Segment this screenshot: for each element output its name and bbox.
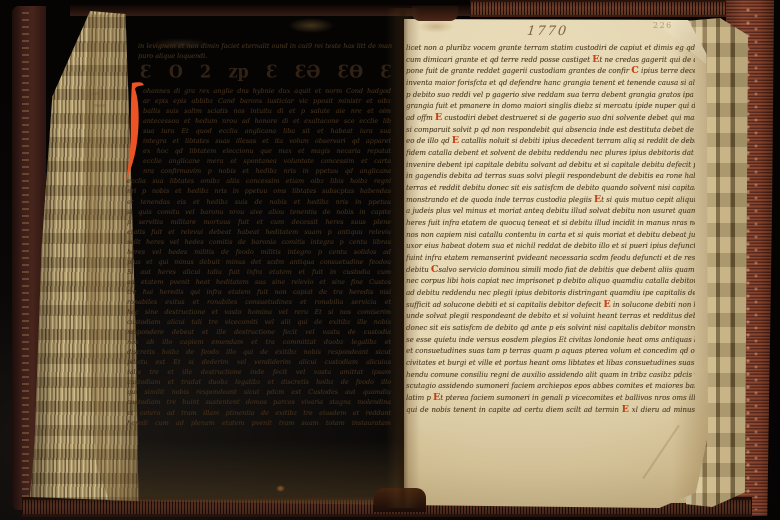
rubric-initial: C <box>631 65 639 76</box>
heading-glyph: ƐƏ <box>295 61 320 82</box>
manuscript-line: nri p nobis et hedibz nris in ppetuu oms… <box>127 186 391 196</box>
manuscript-line: inventa maior forisfcta et qd defendre h… <box>406 77 695 89</box>
manuscript-line: monstrando et de quoda inde terras custo… <box>406 194 695 206</box>
manuscript-line: tre hui heredis qui infra etatem fuit no… <box>127 287 391 297</box>
heading-glyph: Ɛ <box>380 61 392 82</box>
manuscript-line: p servitiu militare mortuus fuit et cum … <box>127 217 391 227</box>
manuscript-line: sufficit ad solucone debiti et si capita… <box>406 299 695 311</box>
folio-header-mark: 1770 <box>526 24 588 39</box>
manuscript-line: ohannes di gra rex anglie dns hybnie dux… <box>127 86 391 96</box>
heading-glyph: Ɛ <box>140 61 152 82</box>
manuscript-line: ecclia sua libtates omibz aliis concessi… <box>127 176 391 186</box>
manuscript-line: nec corpus libi hois capiat nec imprison… <box>406 275 695 287</box>
spine-top-notch <box>412 6 458 21</box>
manuscript-line: respondere debeat et ille destructione f… <box>127 327 391 337</box>
margin-note: more <box>94 104 106 109</box>
left-page-display-heading: ƐO2zpƐƐƏƐƟƐ <box>140 58 392 84</box>
manuscript-line: heres vel hedes militis de feodo militis… <box>127 247 391 257</box>
rubric-initial: E <box>603 299 610 310</box>
manuscript-line: civitates et burgi et ville et portus he… <box>406 357 695 369</box>
rubric-initial: E <box>452 135 459 146</box>
manuscript-line: nos ab illo capiem emendam et tra commit… <box>127 337 391 347</box>
left-page-bottom-shadow <box>80 439 405 509</box>
manuscript-line: grangia fuit et pmanere in domo maiori s… <box>406 100 695 112</box>
manuscript-line: hendu comune consiliu regni de auxilio a… <box>406 369 695 381</box>
manuscript-line: sua iura Et quod ecclia anglicana liba s… <box>127 126 391 136</box>
manuscript-line: pdictu est Et si dederim vel vendiderim … <box>127 357 391 367</box>
manuscript-line: cum dimicari grante et qd terre redd pos… <box>406 54 695 66</box>
manuscript-line: ex hoc qd libtatem eleccionu que max et … <box>127 146 391 156</box>
manuscript-line: et consuetudines suas tam p terras quam … <box>406 345 695 357</box>
manuscript-line: Si aut heres alicui taliu fuit infra eta… <box>127 267 391 277</box>
manuscript-line: discretis hoibz de feodo illo qui de exi… <box>127 347 391 357</box>
manuscript-line: pone fuit de grante reddet gagerii custo… <box>406 65 695 77</box>
manuscript-line: qui similit nobis respondeant sicut pdcm… <box>127 387 391 397</box>
manuscript-line: scutagio assidendo sumoneri faciem archi… <box>406 380 695 392</box>
margin-note: not <box>92 92 99 97</box>
manuscript-line: terras et reddit debitu donec sit eis sa… <box>406 182 695 194</box>
manuscript-line: uxor eius habeat dotem sua et nichil red… <box>406 240 695 252</box>
heading-glyph: 2 <box>200 61 211 82</box>
manuscript-line: ad debitu reddendu nec plegii ipius debi… <box>406 287 695 299</box>
manuscript-line: heres fuit infra etatem de quocuq teneat… <box>406 217 695 229</box>
manuscript-line: se esse quietu inde versus eosdem plegio… <box>406 334 695 346</box>
manuscript-line: scilt heres vel hedes comitis de baronia… <box>127 237 391 247</box>
manuscript-line: fuint infra etatem remanserint pvideant … <box>406 252 695 264</box>
manuscript-line: ronabiles exitus et ronabiles consuetudi… <box>127 297 391 307</box>
manuscript-line: in levignem et non dimin faciet eternali… <box>138 42 392 52</box>
manuscript-line: ad etatem pvenit heat heditatem sua sine… <box>127 277 391 287</box>
manuscript-line: donec sit eis satisfcm de debito qd ante… <box>406 322 695 334</box>
manuscript-line: eo de illo qd E catallis noluit si debit… <box>406 135 695 147</box>
manuscript-line: latim p Et pterea faciem sumoneri in gen… <box>406 392 695 404</box>
manuscript-line: ballis suis saltm sciatis nos intuitu di… <box>127 106 391 116</box>
right-page-text-block: licet non a pluribz vocem grante terram … <box>406 42 695 417</box>
rubric-initial: E <box>622 404 629 415</box>
manuscript-line: ecclie anglicane mera et spontanea volun… <box>127 156 391 166</box>
manuscript-line: debitu Csalvo servicio dominou simili mo… <box>406 264 695 276</box>
water-stain <box>418 20 454 33</box>
manuscript-line: antecessou et hedum nrou ad honore di et… <box>127 116 391 126</box>
water-stain <box>288 18 334 33</box>
heading-glyph: O <box>169 61 183 82</box>
left-page-text-block: ohannes di gra rex anglie dns hybnie dux… <box>127 86 391 428</box>
manuscript-line: p debito suo reddi vel p gagerio sive re… <box>406 89 695 101</box>
ink-spot <box>276 485 285 492</box>
heading-glyph: ƐƟ <box>338 61 363 82</box>
manuscript-photo: not more in levignem et non dimin faciet… <box>0 0 780 520</box>
manuscript-line: si comparuit solvit p qd non respondebit… <box>406 124 695 136</box>
manuscript-line: qui de nobis tenent in capite ad certu d… <box>406 404 695 416</box>
manuscript-line: plus et qui minus debuit minus det scdm … <box>127 257 391 267</box>
heading-glyph: Ɛ <box>266 61 278 82</box>
manuscript-line: a judeis plus vel minus et moriat anteq … <box>406 205 695 217</box>
left-cover-tooling <box>22 10 29 504</box>
manuscript-line: fidem catalla debent et solvent de debit… <box>406 147 695 159</box>
manuscript-line: custodiam et tradat duobz legalibz et di… <box>127 377 391 387</box>
manuscript-line: si quis comitu vel baronu nrou sive alio… <box>127 207 391 217</box>
folio-number: 226 <box>653 21 673 30</box>
manuscript-line: licet non a pluribz vocem grante terram … <box>406 42 695 54</box>
manuscript-line: nos non capiem nisi catallu contentu in … <box>406 229 695 241</box>
manuscript-line: talis tre et ille destructione inde feci… <box>127 367 391 377</box>
manuscript-line: integra et libtates suas illesas et ita … <box>127 136 391 146</box>
manuscript-line: custodiam alicui tali tre vicecomiti vel… <box>127 317 391 327</box>
spine-bottom-notch <box>374 488 426 512</box>
manuscript-line: et cetera ad tram illam ptinentia de exi… <box>127 408 391 418</box>
manuscript-line: nra confirmavim p nobis et hedibz nris i… <box>127 166 391 176</box>
manuscript-line: et tenendas eis et hedibz suis de nobis … <box>127 197 391 207</box>
manuscript-line: heredi cum ad plenam etatem pvenit tram … <box>127 418 391 428</box>
manuscript-line: custodiam tre huint sustentent domos par… <box>127 397 391 407</box>
manuscript-line: unde solvat plegii respondeant de debito… <box>406 310 695 322</box>
heading-glyph: zp <box>228 61 248 82</box>
manuscript-line: ar epis epis abbibz Cand barons iusticia… <box>127 96 391 106</box>
manuscript-line: in gagendis debita ad terras suas solvi … <box>406 170 695 182</box>
manuscript-line: etatis fuit et relevui debeat habeat hed… <box>127 227 391 237</box>
manuscript-line: invenire debent ipi capitale debitu solv… <box>406 159 695 171</box>
manuscript-line: ad offm E custodiri debet destrueret si … <box>406 112 695 124</box>
manuscript-line: hoc sine destructione et vasto hominu ve… <box>127 307 391 317</box>
rubric-initial: E <box>594 194 601 205</box>
